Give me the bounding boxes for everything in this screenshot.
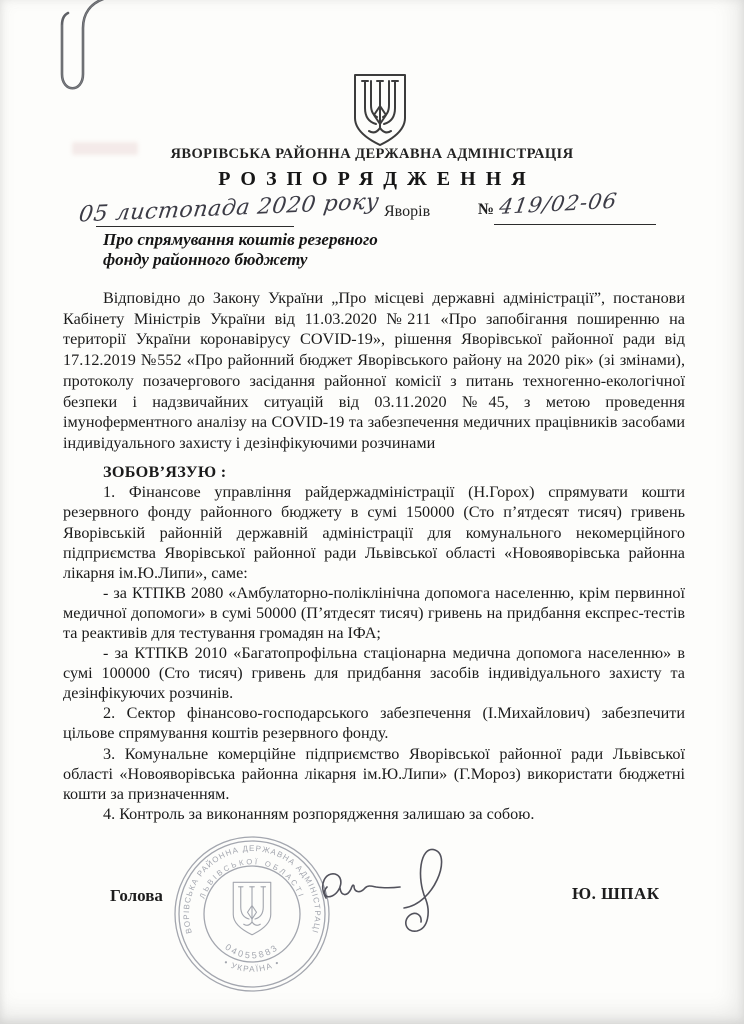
obligate-heading: ЗОБОВ’ЯЗУЮ : [63, 462, 685, 483]
paperclip-icon [52, 0, 114, 106]
document-number-handwritten: 419/02-06 [491, 189, 619, 219]
number-block: 419/02-06 [494, 192, 659, 216]
preamble-paragraph: Відповідно до Закону України „Про місцев… [63, 288, 685, 454]
signer-name: Ю. ШПАК [572, 884, 660, 904]
signature-scribble [316, 842, 466, 954]
stamp-country-text: • УКРАЇНА • [222, 958, 281, 974]
signer-title: Голова [110, 886, 163, 906]
order-subitem-ktpkv-2010: - за КТПКВ 2010 «Багатопрофільна стаціон… [63, 643, 685, 703]
document-type-title: РОЗПОРЯДЖЕННЯ [0, 168, 744, 191]
organization-name: ЯВОРІВСЬКА РАЙОННА ДЕРЖАВНА АДМІНІСТРАЦІ… [0, 146, 744, 163]
date-block: 05 листопада 2020 року [80, 196, 300, 221]
official-stamp: ЯВОРІВСЬКА РАЙОННА ДЕРЖАВНА АДМІНІСТРАЦІ… [172, 834, 332, 994]
order-subitem-ktpkv-2080: - за КТПКВ 2080 «Амбулаторно-поліклінічн… [63, 583, 685, 643]
scanned-document-page: ЯВОРІВСЬКА РАЙОННА ДЕРЖАВНА АДМІНІСТРАЦІ… [0, 0, 744, 1024]
order-item-4: 4. Контроль за виконанням розпорядження … [63, 804, 685, 824]
date-handwritten: 05 листопада 2020 року [77, 190, 380, 228]
order-item-2: 2. Сектор фінансово-господарського забез… [63, 703, 685, 743]
date-underline [96, 226, 294, 227]
subject-line-1: Про спрямування коштів резервного [103, 230, 433, 250]
order-item-3: 3. Комунальне комерційне підприємство Яв… [63, 744, 685, 804]
stamp-trident-icon [233, 882, 271, 935]
subject-line-2: фонду районного бюджету [103, 250, 433, 270]
coat-of-arms-icon [350, 72, 410, 148]
subject-title: Про спрямування коштів резервного фонду … [103, 230, 433, 269]
number-underline [494, 224, 656, 225]
document-body: Відповідно до Закону України „Про місцев… [63, 288, 685, 824]
city-name: Яворів [384, 203, 430, 221]
order-item-1: 1. Фінансове управління райдержадміністр… [63, 482, 685, 582]
